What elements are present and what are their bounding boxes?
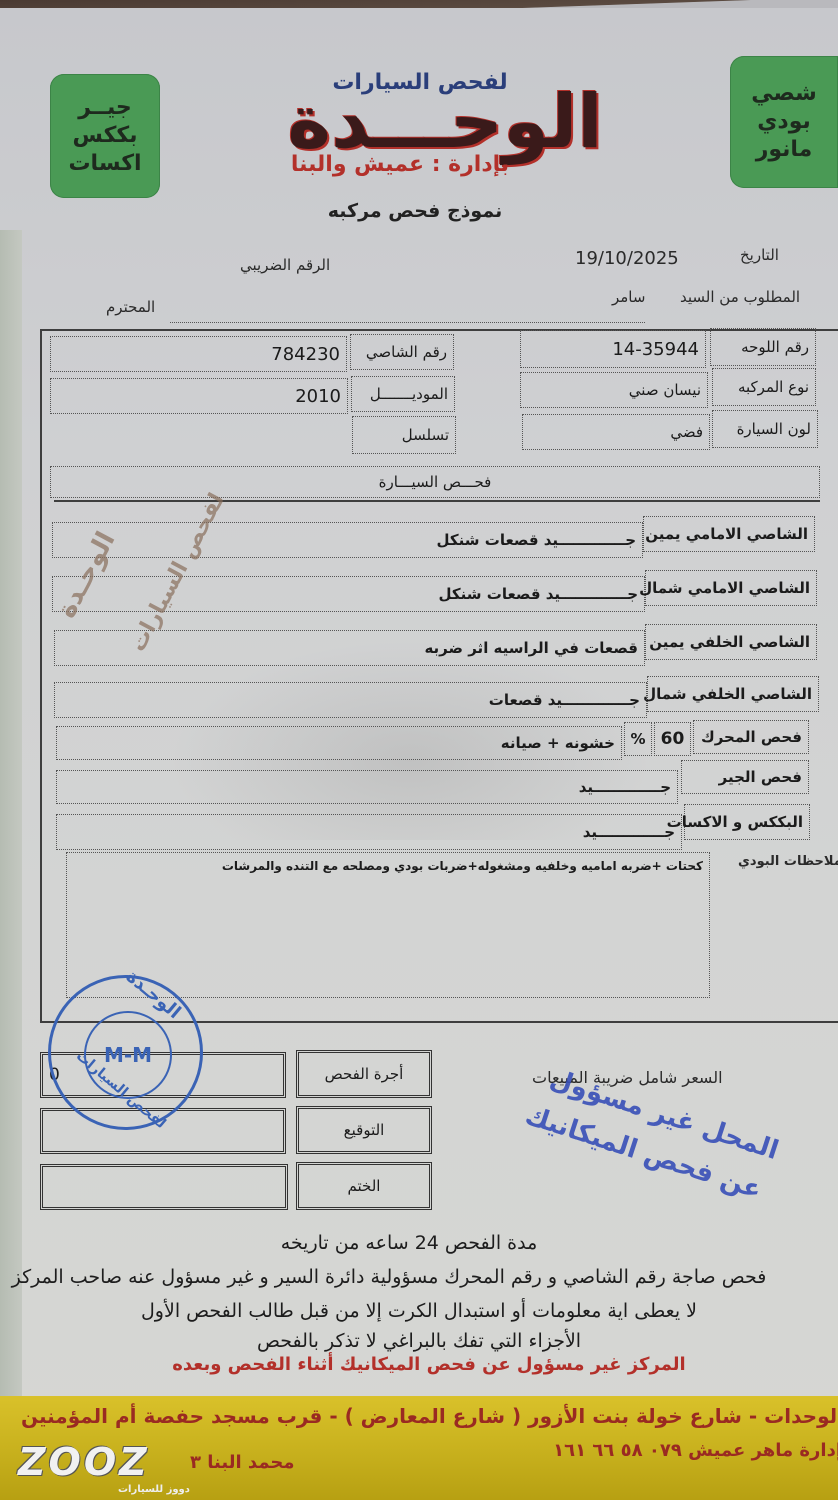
rear-left-chassis-value: جـــــــــــــيد قصعات (54, 682, 647, 718)
car-color-label: لون السيارة (712, 410, 818, 448)
signature-label: التوقيع (296, 1106, 432, 1154)
paper-left-strip (0, 230, 22, 1400)
inspection-section-title: فحـــص السيـــارة (50, 466, 820, 498)
model-label: الموديـــــــل (351, 376, 455, 412)
badge-line: مانور (730, 136, 838, 164)
engine-percent-value: 60 (654, 722, 691, 756)
car-color-value: فضي (522, 414, 710, 450)
engine-percent-sign: % (624, 722, 652, 756)
front-left-chassis-value: جـــــــــــــيد قصعات شنكل (52, 576, 645, 612)
body-notes-label: ملاحظات البودي (738, 854, 838, 869)
date-value: 19/10/2025 (575, 248, 679, 269)
requested-by-dotted-line (170, 322, 645, 323)
services-badge-left: جيــر بككس اكسات (50, 74, 160, 198)
services-badge-right: شصي بودي مانور (730, 56, 838, 188)
axles-check-value: جـــــــــــــيد (56, 814, 682, 850)
footer-address: الوحدات - شارع خولة بنت الأزور ( شارع ال… (21, 1404, 838, 1428)
seal-label: الختم (296, 1162, 432, 1210)
honorific-label: المحترم (106, 298, 155, 316)
requested-by-value: سامر (612, 288, 645, 306)
form-title: نموذج فحص مركبه (300, 200, 530, 222)
badge-line: جيــر (50, 94, 160, 122)
seal-field (40, 1164, 288, 1210)
zooz-watermark-subtext: دووز للسيارات (118, 1484, 190, 1495)
vehicle-type-value: نيسان صني (520, 372, 708, 408)
gear-check-value: جـــــــــــــيد (56, 770, 678, 804)
gear-check-label: فحص الجير (681, 760, 809, 794)
serial-label: تسلسل (352, 416, 456, 454)
brand-management: بإدارة : عميش والبنا (250, 152, 550, 177)
axles-check-label: البككس و الاكسات (684, 804, 810, 840)
chassis-value: 784230 (50, 336, 347, 372)
rear-left-chassis-label: الشاصي الخلفي شمال (647, 676, 819, 712)
chassis-label: رقم الشاصي (350, 334, 454, 370)
rear-right-chassis-label: الشاصي الخلفي يمين (645, 624, 817, 660)
front-right-chassis-value: جـــــــــــــيد قصعات شنكل (52, 522, 643, 558)
section-divider (54, 500, 820, 502)
terms-line: الأجزاء التي تفك بالبراغي لا تذكر بالفحص (0, 1330, 838, 1352)
terms-warning: المركز غير مسؤول عن فحص الميكانيك أثناء … (10, 1354, 838, 1375)
engine-note-value: خشونه + صيانه (56, 726, 622, 760)
badge-line: اكسات (50, 150, 160, 178)
date-label: التاريخ (740, 246, 779, 264)
plate-value: 14-35944 (520, 330, 706, 368)
requested-by-label: المطلوب من السيد (680, 288, 800, 306)
badge-line: بودي (730, 108, 838, 136)
footer-contact-2: محمد البنا ٣ (190, 1452, 295, 1473)
plate-label: رقم اللوحه (710, 328, 816, 366)
front-left-chassis-label: الشاصي الامامي شمال (645, 570, 817, 606)
vehicle-type-label: نوع المركبه (712, 368, 816, 406)
badge-line: شصي (730, 80, 838, 108)
zooz-watermark-logo: ZOOZ (18, 1440, 188, 1480)
body-notes-value: كحتات +ضربه اماميه وخلفيه ومشغوله+ضربات … (66, 852, 710, 998)
terms-line: لا يعطى اية معلومات أو استبدال الكرت إلا… (0, 1300, 838, 1322)
terms-line: فحص صاجة رقم الشاصي و رقم المحرك مسؤولية… (0, 1266, 808, 1288)
front-right-chassis-label: الشاصي الامامي يمين (643, 516, 815, 552)
round-company-stamp: الوحـدة M-M لفحص السيارات (48, 975, 203, 1130)
badge-line: بككس (50, 122, 160, 150)
tax-number-label: الرقم الضريبي (240, 256, 330, 274)
fee-label: أجرة الفحص (296, 1050, 432, 1098)
terms-line: مدة الفحص 24 ساعه من تاريخه (0, 1232, 828, 1254)
model-value: 2010 (50, 378, 348, 414)
footer-contact-1: إدارة ماهر عميش ٠٧٩ ٥٨ ٦٦ ١٦١ (553, 1440, 838, 1461)
engine-check-label: فحص المحرك (693, 720, 809, 754)
brand-logo-text: الوحـــدة (205, 82, 685, 162)
